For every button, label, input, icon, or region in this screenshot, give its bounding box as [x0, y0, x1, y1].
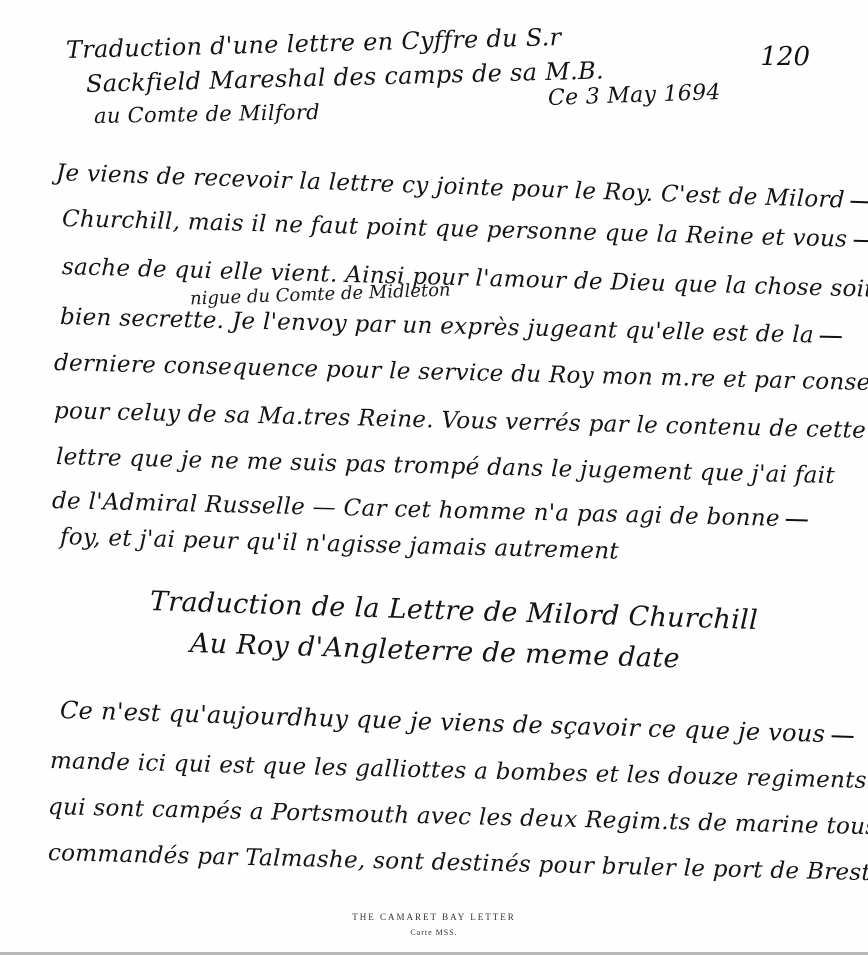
letter1-heading-line-2: Sackfield Mareshal des camps de sa M.B.: [86, 56, 605, 98]
letter1-line: derniere consequence pour le service du …: [54, 350, 868, 398]
letter1-line: foy, et j'ai peur qu'il n'agisse jamais …: [60, 524, 620, 565]
letter2-line: qui sont campés a Portsmouth avec les de…: [48, 794, 868, 841]
letter1-heading-line-1: Traduction d'une lettre en Cyffre du S.r: [66, 23, 562, 64]
letter2-line: mande ici qui est que les galliottes a b…: [50, 748, 867, 794]
letter1-date: Ce 3 May 1694: [548, 80, 722, 111]
letter1-line: Je viens de recevoir la lettre cy jointe…: [56, 160, 868, 215]
caption-title: THE CAMARET BAY LETTER: [0, 912, 868, 922]
letter2-heading-line-1: Traduction de la Lettre de Milord Church…: [150, 586, 759, 636]
letter2-line: Ce n'est qu'aujourdhuy que je viens de s…: [60, 696, 854, 749]
manuscript-page: 120 Traduction d'une lettre en Cyffre du…: [0, 0, 868, 955]
caption-source: Carte MSS.: [0, 928, 868, 937]
page-number: 120: [760, 42, 810, 72]
letter1-heading-line-3: au Comte de Milford: [94, 100, 320, 128]
letter2-heading-line-2: Au Roy d'Angleterre de meme date: [190, 628, 681, 674]
letter1-line: lettre que je ne me suis pas trompé dans…: [56, 444, 836, 489]
letter1-line: bien secrette. Je l'envoy par un exprès …: [60, 304, 843, 349]
letter1-line: sache de qui elle vient. Ainsi pour l'am…: [62, 254, 868, 303]
letter2-line: commandés par Talmashe, sont destinés po…: [48, 840, 868, 886]
letter1-line: pour celuy de sa Ma.tres Reine. Vous ver…: [54, 398, 867, 444]
letter1-line: Churchill, mais il ne faut point que per…: [62, 206, 868, 253]
